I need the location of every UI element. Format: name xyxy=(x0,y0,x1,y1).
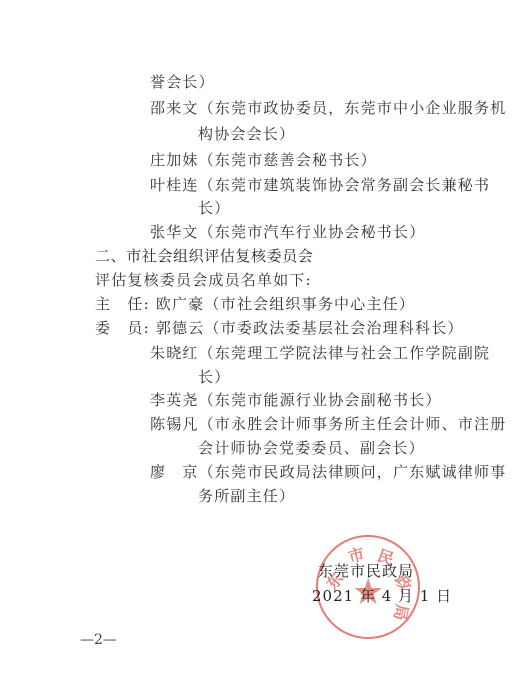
page-number: —2— xyxy=(80,632,117,648)
text-line: 务所副主任） xyxy=(198,486,295,506)
text-line: 陈锡凡（市永胜会计师事务所主任会计师、市注册 xyxy=(150,414,506,434)
text-line: 朱晓红（东莞理工学院法律与社会工作学院副院 xyxy=(150,343,490,363)
text-line: 庄加妹（东莞市慈善会秘书长） xyxy=(150,150,377,170)
text-line: 构协会会长） xyxy=(198,124,295,144)
text-line: 张华文（东莞市汽车行业协会秘书长） xyxy=(150,222,425,242)
text-line: 廖 京（东莞市民政局法律顾问，广东赋诚律师事 xyxy=(150,462,506,482)
signature-date: 2021 年 4 月 1 日 xyxy=(312,585,452,606)
section-heading: 二、市社会组织评估复核委员会 xyxy=(95,246,313,266)
signature-org: 东莞市民政局 xyxy=(318,560,414,581)
text-line: 李英尧（东莞市能源行业协会副秘书长） xyxy=(150,390,442,410)
text-line: 长） xyxy=(198,367,230,387)
text-line: 叶桂连（东莞市建筑装饰协会常务副会长兼秘书 xyxy=(150,175,490,195)
text-line: 委 员: 郭德云（市委政法委基层社会治理科科长） xyxy=(95,318,464,338)
text-line: 主 任: 欧广豪（市社会组织事务中心主任） xyxy=(95,294,415,314)
text-line: 长） xyxy=(198,198,230,218)
text-line: 誉会长） xyxy=(150,72,215,92)
text-line: 会计师协会党委委员、副会长） xyxy=(198,438,425,458)
text-line: 邵来文（东莞市政协委员，东莞市中小企业服务机 xyxy=(150,98,506,118)
text-line: 评估复核委员会成员名单如下: xyxy=(95,270,312,290)
